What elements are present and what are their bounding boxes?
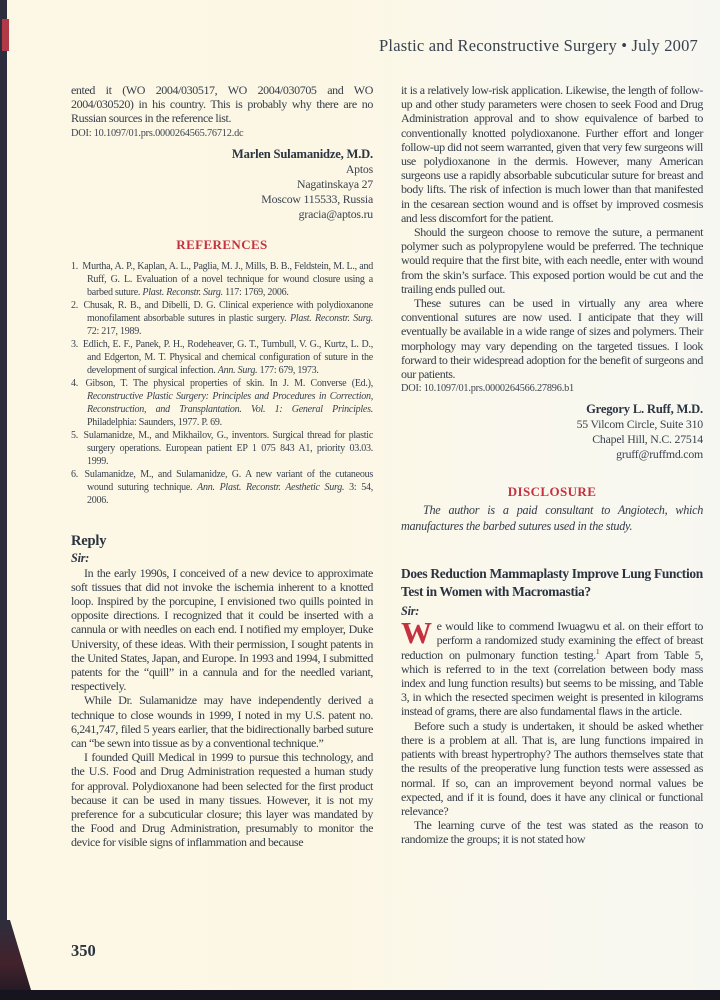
author-city: Chapel Hill, N.C. 27514 xyxy=(401,432,703,447)
letter-paragraph: Before such a study is undertaken, it sh… xyxy=(401,719,703,818)
reference-item: 2. Chusak, R. B., and Dibelli, D. G. Cli… xyxy=(71,299,373,338)
author-email: gracia@aptos.ru xyxy=(71,207,373,222)
reply-heading: Reply xyxy=(71,533,373,550)
body-paragraph: Should the surgeon choose to remove the … xyxy=(401,225,703,296)
two-column-body: ented it (WO 2004/030517, WO 2004/030705… xyxy=(7,56,720,850)
letter-paragraph: The learning curve of the test was state… xyxy=(401,818,703,846)
references-list: 1. Murtha, A. P., Kaplan, A. L., Paglia,… xyxy=(71,260,373,507)
author-email: gruff@ruffmd.com xyxy=(401,447,703,462)
references-heading: REFERENCES xyxy=(71,237,373,253)
doi-line: DOI: 10.1097/01.prs.0000264566.27896.b1 xyxy=(401,382,703,395)
red-edge-marker xyxy=(2,19,9,51)
letter-title: Does Reduction Mammaplasty Improve Lung … xyxy=(401,565,703,600)
author-name: Marlen Sulamanidze, M.D. xyxy=(71,147,373,162)
author-block-ruff: Gregory L. Ruff, M.D. 55 Vilcom Circle, … xyxy=(401,402,703,462)
author-name: Gregory L. Ruff, M.D. xyxy=(401,402,703,417)
author-street: Nagatinskaya 27 xyxy=(71,177,373,192)
reference-item: 4. Gibson, T. The physical properties of… xyxy=(71,377,373,429)
reference-item: 6. Sulamanidze, M., and Sulamanidze, G. … xyxy=(71,468,373,507)
reference-item: 5. Sulamanidze, M., and Mikhailov, G., i… xyxy=(71,429,373,468)
author-block-sulamanidze: Marlen Sulamanidze, M.D. Aptos Nagatinsk… xyxy=(71,147,373,222)
right-column: it is a relatively low-risk application.… xyxy=(401,83,703,850)
reply-paragraph: In the early 1990s, I conceived of a new… xyxy=(71,566,373,694)
reply-paragraph: While Dr. Sulamanidze may have independe… xyxy=(71,693,373,750)
drop-cap: W xyxy=(401,619,437,645)
body-paragraph: These sutures can be used in virtually a… xyxy=(401,296,703,381)
reply-salutation: Sir: xyxy=(71,550,373,566)
running-head: Plastic and Reconstructive Surgery • Jul… xyxy=(7,0,720,56)
reference-item: 1. Murtha, A. P., Kaplan, A. L., Paglia,… xyxy=(71,260,373,299)
scanned-journal-page: Plastic and Reconstructive Surgery • Jul… xyxy=(0,0,720,1000)
letter-opening-paragraph: We would like to commend Iwuagwu et al. … xyxy=(401,619,703,718)
author-affiliation: Aptos xyxy=(71,162,373,177)
doi-line: DOI: 10.1097/01.prs.0000264565.76712.dc xyxy=(71,127,373,140)
continued-paragraph: it is a relatively low-risk application.… xyxy=(401,83,703,225)
disclosure-text: The author is a paid consultant to Angio… xyxy=(401,503,703,534)
bottom-edge xyxy=(0,990,720,1000)
reference-item: 3. Edlich, E. F., Panek, P. H., Rodeheav… xyxy=(71,338,373,377)
author-street: 55 Vilcom Circle, Suite 310 xyxy=(401,417,703,432)
binding-edge xyxy=(0,0,7,1000)
page-number: 350 xyxy=(71,941,96,961)
disclosure-heading: DISCLOSURE xyxy=(401,484,703,500)
continued-paragraph: ented it (WO 2004/030517, WO 2004/030705… xyxy=(71,83,373,126)
left-column: ented it (WO 2004/030517, WO 2004/030705… xyxy=(71,83,373,850)
letter-salutation: Sir: xyxy=(401,603,703,619)
page-surface: Plastic and Reconstructive Surgery • Jul… xyxy=(7,0,720,990)
reply-paragraph: I founded Quill Medical in 1999 to pursu… xyxy=(71,750,373,849)
author-city: Moscow 115533, Russia xyxy=(71,192,373,207)
